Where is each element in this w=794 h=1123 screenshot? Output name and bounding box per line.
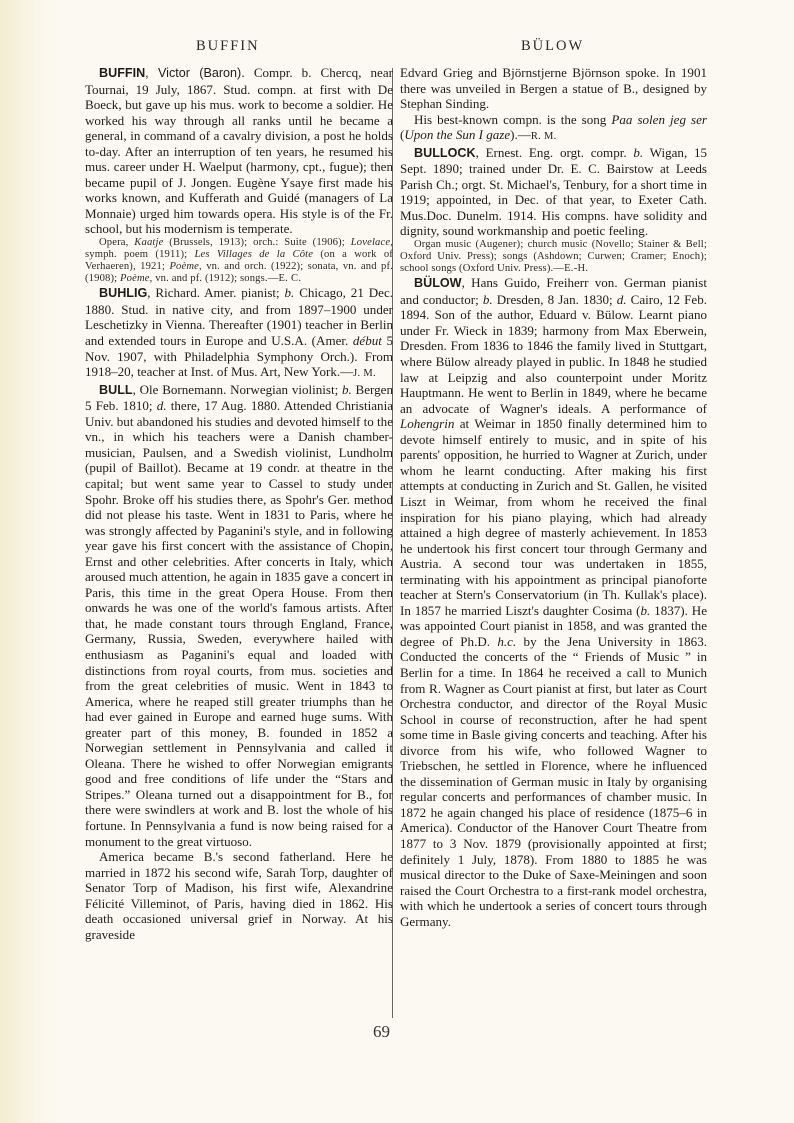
works-list-bullock: Organ music (Augener); church music (Nov… <box>400 239 707 275</box>
author-signature: E. C. <box>278 273 301 284</box>
right-column: Edvard Grieg and Björnstjerne Björnson s… <box>400 65 707 929</box>
entry-buhlig: BUHLIG, Richard. Amer. pianist; b. Chica… <box>85 285 393 381</box>
entry-bull-paragraph-4: His best-known compn. is the song Paa so… <box>400 112 707 145</box>
headword-buhlig: BUHLIG <box>99 286 147 300</box>
entry-bull-continued: Edvard Grieg and Björnstjerne Björnson s… <box>400 65 707 112</box>
page-edge-shadow <box>0 0 60 1123</box>
entry-bull-paragraph-2: America became B.'s second fatherland. H… <box>85 849 393 942</box>
headword-bulow: BÜLOW <box>414 276 462 290</box>
author-signature: R. M. <box>531 131 557 142</box>
author-signature: E.-H. <box>564 263 588 274</box>
running-head-right: BÜLOW <box>521 38 584 55</box>
entry-bullock: BULLOCK, Ernest. Eng. orgt. compr. b. Wi… <box>400 145 707 239</box>
headword-bullock: BULLOCK <box>414 146 476 160</box>
entry-bull: BULL, Ole Bornemann. Norwegian violinist… <box>85 382 393 849</box>
works-list-buffin: Opera, Kaatje (Brussels, 1913); orch.: S… <box>85 237 393 285</box>
entry-buffin: BUFFIN, Victor (Baron). Compr. b. Chercq… <box>85 65 393 237</box>
left-column: BUFFIN, Victor (Baron). Compr. b. Chercq… <box>85 65 393 942</box>
headword-bull: BULL <box>99 383 133 397</box>
headword-buffin: BUFFIN <box>99 66 145 80</box>
running-head-left: BUFFIN <box>196 38 260 55</box>
entry-bulow: BÜLOW, Hans Guido, Freiherr von. German … <box>400 275 707 929</box>
author-signature: J. M. <box>353 368 376 379</box>
page-number: 69 <box>373 1022 390 1042</box>
